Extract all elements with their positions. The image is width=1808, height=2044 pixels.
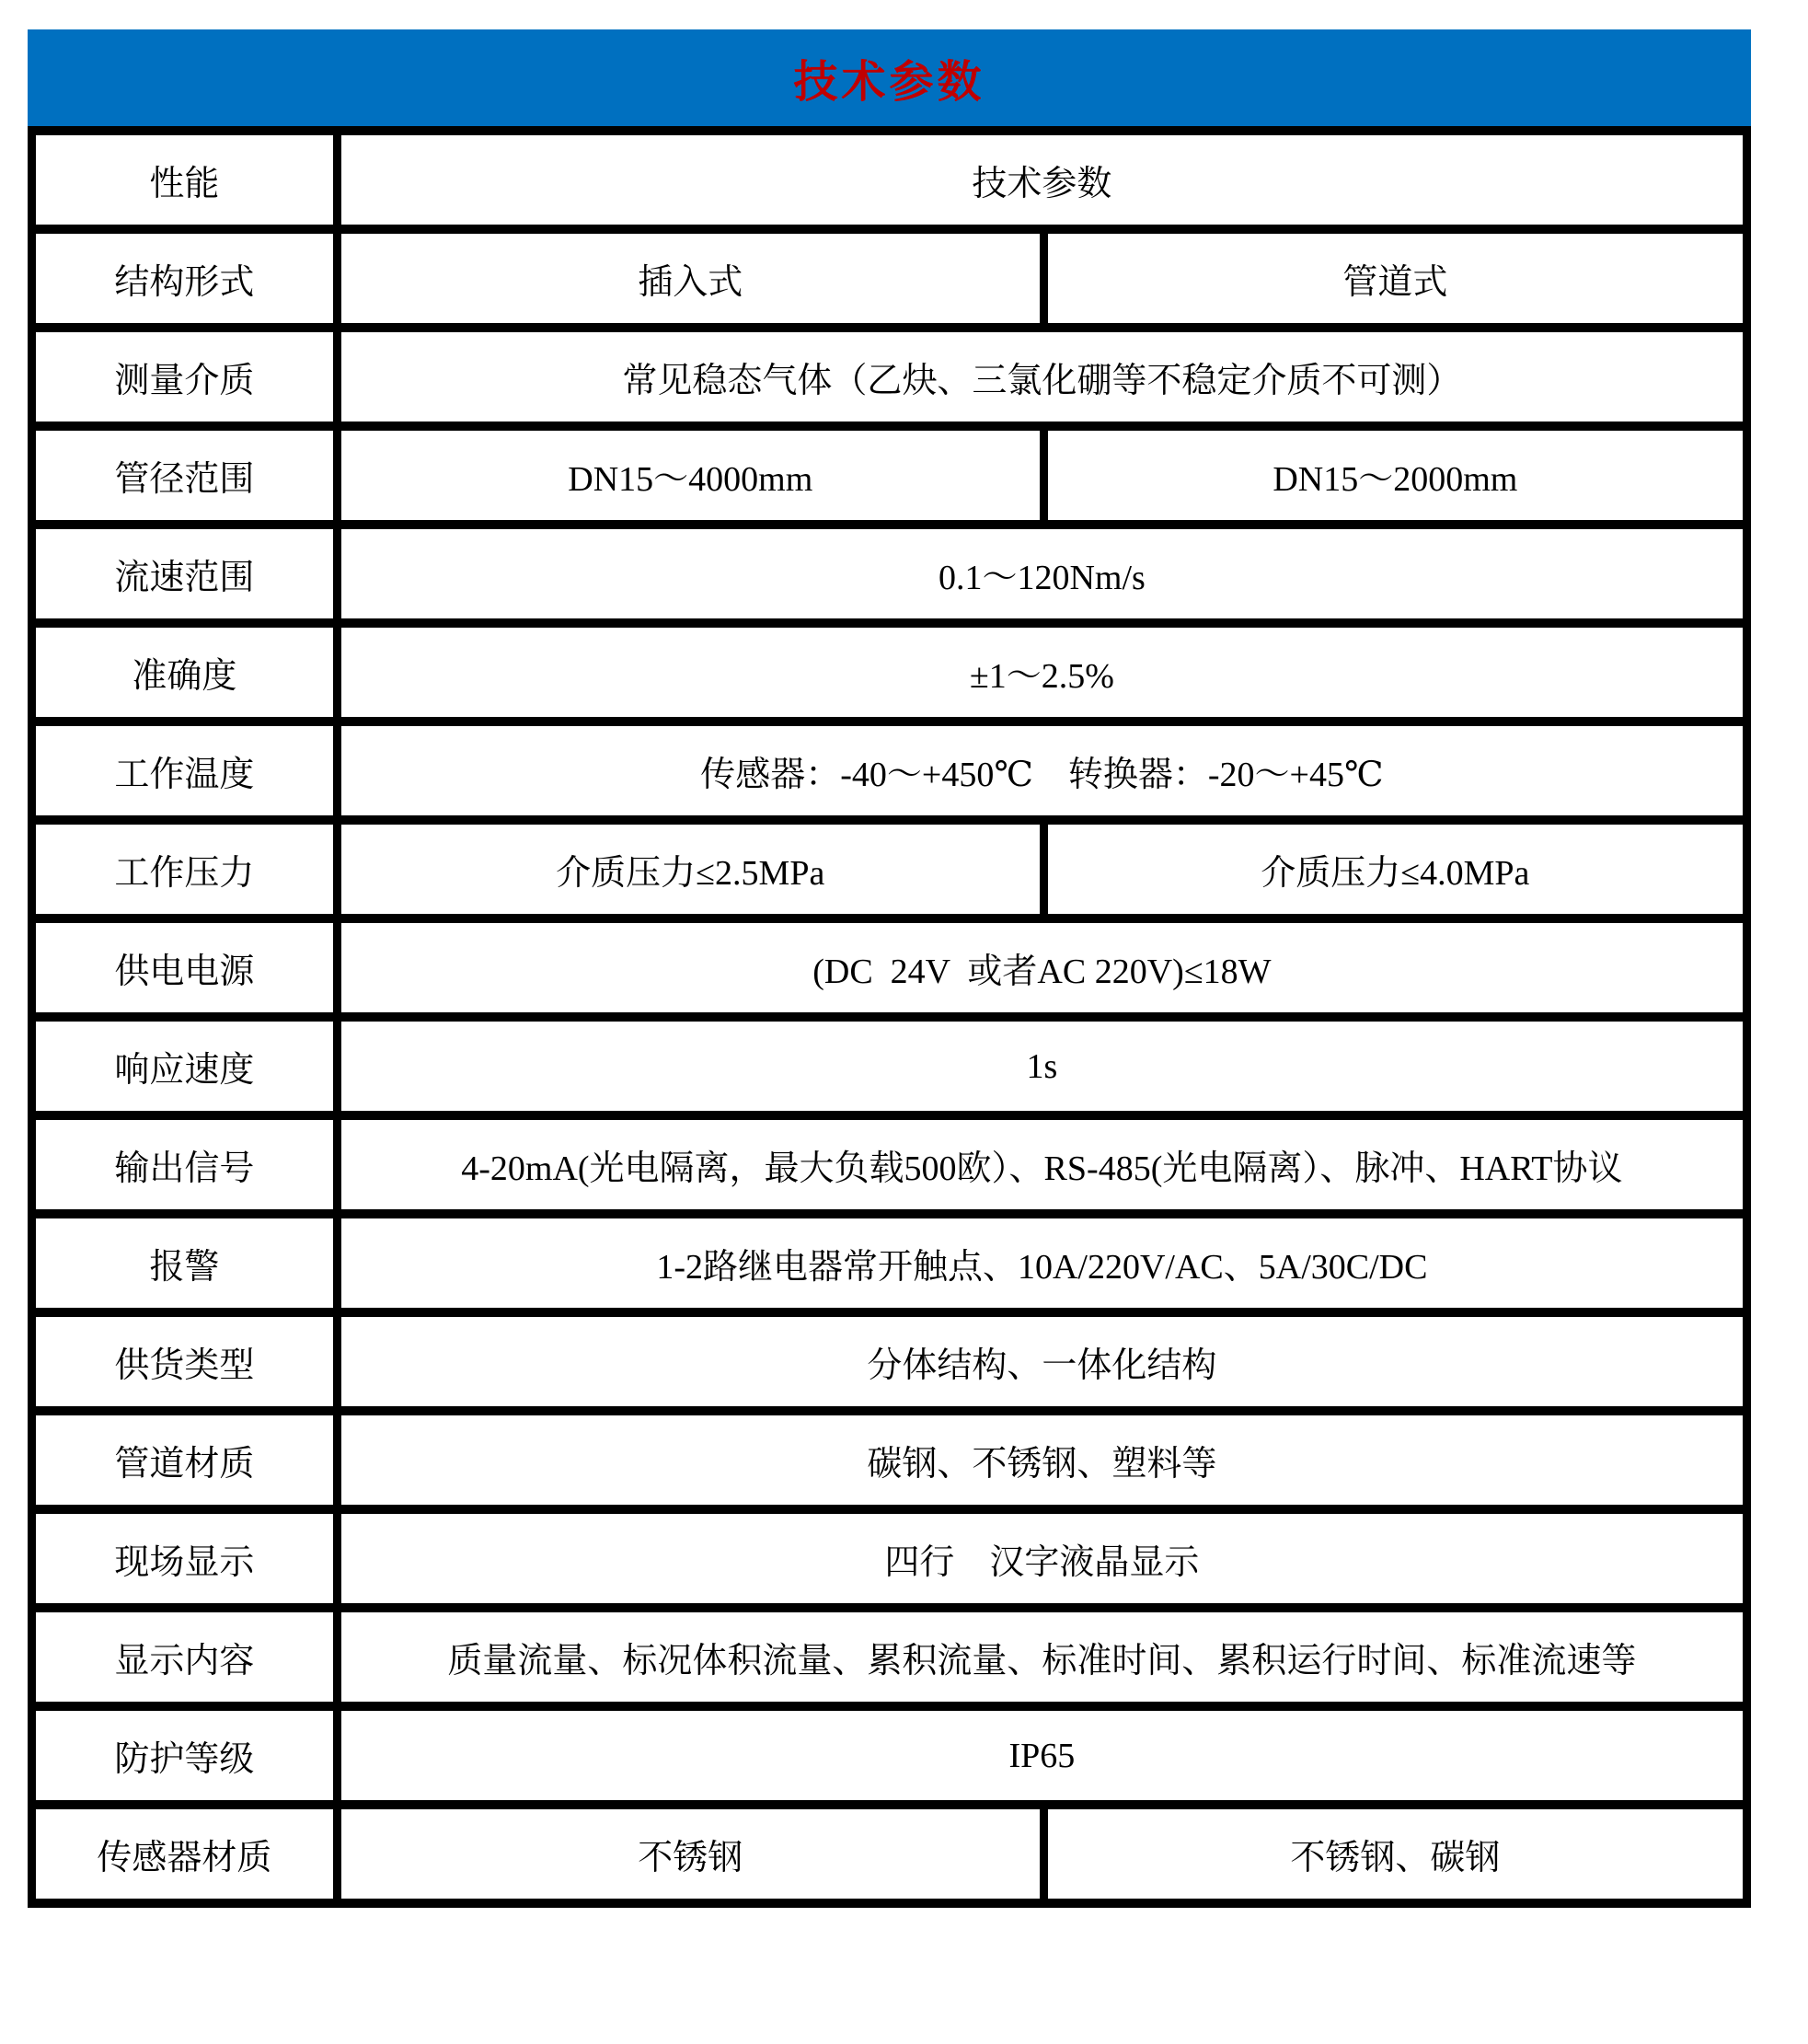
row-value: ±1～2.5% — [337, 623, 1746, 722]
table-row: 管径范围DN15～4000mmDN15～2000mm — [32, 426, 1747, 525]
row-label: 工作温度 — [32, 722, 338, 820]
spec-table: 性能技术参数结构形式插入式管道式测量介质常见稳态气体（乙炔、三氯化硼等不稳定介质… — [28, 126, 1751, 1908]
row-label: 测量介质 — [32, 328, 338, 426]
row-label: 现场显示 — [32, 1509, 338, 1608]
row-value: DN15～2000mm — [1043, 426, 1746, 525]
table-row: 防护等级IP65 — [32, 1706, 1747, 1805]
row-value: 插入式 — [337, 229, 1043, 328]
row-label: 性能 — [32, 131, 338, 229]
row-label: 报警 — [32, 1214, 338, 1312]
row-value: 技术参数 — [337, 131, 1746, 229]
table-row: 显示内容质量流量、标况体积流量、累积流量、标准时间、累积运行时间、标准流速等 — [32, 1608, 1747, 1706]
row-value: 0.1～120Nm/s — [337, 525, 1746, 623]
row-label: 响应速度 — [32, 1017, 338, 1115]
row-label: 工作压力 — [32, 820, 338, 918]
row-value: DN15～4000mm — [337, 426, 1043, 525]
row-label: 结构形式 — [32, 229, 338, 328]
table-row: 结构形式插入式管道式 — [32, 229, 1747, 328]
spec-table-body: 性能技术参数结构形式插入式管道式测量介质常见稳态气体（乙炔、三氯化硼等不稳定介质… — [32, 131, 1747, 1903]
row-value: 1s — [337, 1017, 1746, 1115]
table-row: 工作压力介质压力≤2.5MPa介质压力≤4.0MPa — [32, 820, 1747, 918]
table-title: 技术参数 — [793, 46, 985, 110]
row-label: 管径范围 — [32, 426, 338, 525]
row-value: 1-2路继电器常开触点、10A/220V/AC、5A/30C/DC — [337, 1214, 1746, 1312]
row-value: 碳钢、不锈钢、塑料等 — [337, 1411, 1746, 1509]
spec-sheet: 技术参数 性能技术参数结构形式插入式管道式测量介质常见稳态气体（乙炔、三氯化硼等… — [28, 29, 1751, 1908]
row-value: IP65 — [337, 1706, 1746, 1805]
table-row: 供电电源(DC 24V 或者AC 220V)≤18W — [32, 918, 1747, 1017]
table-row: 现场显示四行 汉字液晶显示 — [32, 1509, 1747, 1608]
table-row: 供货类型分体结构、一体化结构 — [32, 1312, 1747, 1411]
row-label: 输出信号 — [32, 1115, 338, 1214]
table-row: 输出信号4-20mA(光电隔离，最大负载500欧）、RS-485(光电隔离）、脉… — [32, 1115, 1747, 1214]
row-value: 4-20mA(光电隔离，最大负载500欧）、RS-485(光电隔离）、脉冲、HA… — [337, 1115, 1746, 1214]
table-title-bar: 技术参数 — [28, 29, 1751, 126]
table-row: 准确度±1～2.5% — [32, 623, 1747, 722]
table-row: 流速范围0.1～120Nm/s — [32, 525, 1747, 623]
row-label: 防护等级 — [32, 1706, 338, 1805]
row-value: 传感器：-40～+450℃ 转换器：-20～+45℃ — [337, 722, 1746, 820]
row-value: 不锈钢 — [337, 1805, 1043, 1903]
table-row: 工作温度传感器：-40～+450℃ 转换器：-20～+45℃ — [32, 722, 1747, 820]
row-value: 分体结构、一体化结构 — [337, 1312, 1746, 1411]
table-row: 响应速度1s — [32, 1017, 1747, 1115]
table-row: 报警1-2路继电器常开触点、10A/220V/AC、5A/30C/DC — [32, 1214, 1747, 1312]
row-value: 四行 汉字液晶显示 — [337, 1509, 1746, 1608]
row-value: 常见稳态气体（乙炔、三氯化硼等不稳定介质不可测） — [337, 328, 1746, 426]
table-row: 测量介质常见稳态气体（乙炔、三氯化硼等不稳定介质不可测） — [32, 328, 1747, 426]
row-label: 显示内容 — [32, 1608, 338, 1706]
row-label: 管道材质 — [32, 1411, 338, 1509]
row-value: 介质压力≤2.5MPa — [337, 820, 1043, 918]
row-value: 不锈钢、碳钢 — [1043, 1805, 1746, 1903]
row-value: 介质压力≤4.0MPa — [1043, 820, 1746, 918]
table-row: 管道材质碳钢、不锈钢、塑料等 — [32, 1411, 1747, 1509]
table-row: 性能技术参数 — [32, 131, 1747, 229]
row-value: (DC 24V 或者AC 220V)≤18W — [337, 918, 1746, 1017]
row-label: 流速范围 — [32, 525, 338, 623]
row-label: 传感器材质 — [32, 1805, 338, 1903]
row-value: 管道式 — [1043, 229, 1746, 328]
row-label: 准确度 — [32, 623, 338, 722]
row-label: 供货类型 — [32, 1312, 338, 1411]
row-value: 质量流量、标况体积流量、累积流量、标准时间、累积运行时间、标准流速等 — [337, 1608, 1746, 1706]
row-label: 供电电源 — [32, 918, 338, 1017]
table-row: 传感器材质不锈钢不锈钢、碳钢 — [32, 1805, 1747, 1903]
